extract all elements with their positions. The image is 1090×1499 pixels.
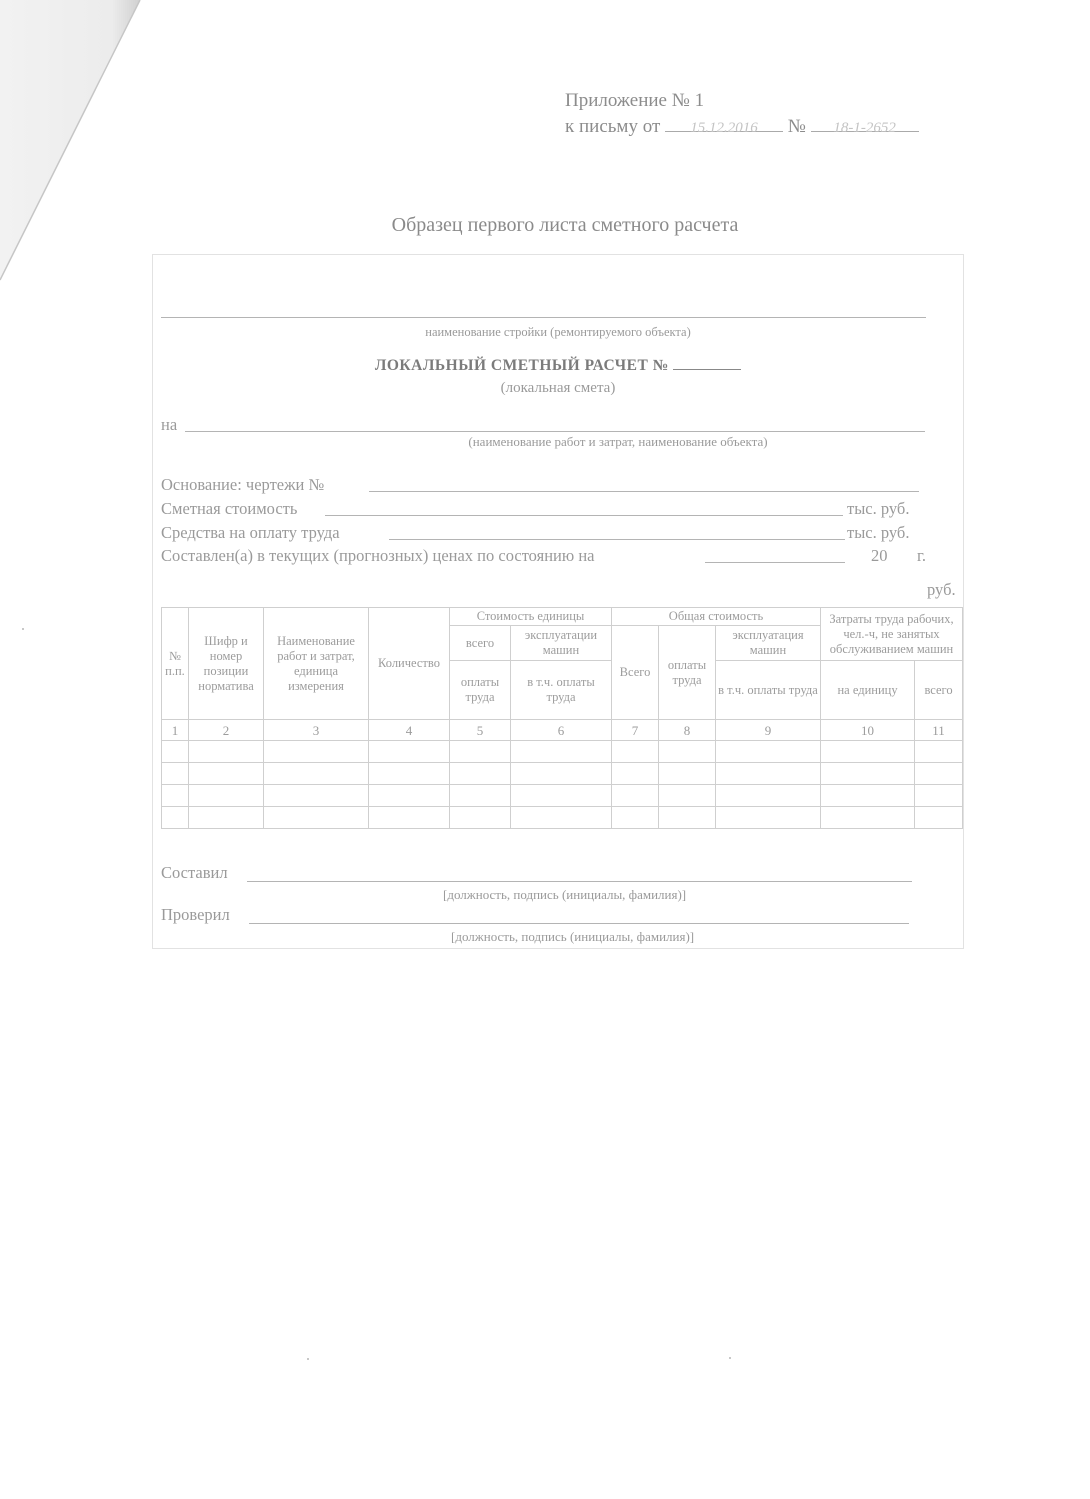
letter-number: 18-1-2652 <box>811 115 919 132</box>
labor-costs-group: Затраты труда рабочих, чел.-ч, не заняты… <box>821 608 963 661</box>
table-cell[interactable] <box>264 763 369 785</box>
table-cell[interactable] <box>264 785 369 807</box>
table-cell[interactable] <box>915 785 963 807</box>
table-cell[interactable] <box>369 785 450 807</box>
column-numbers-row: 1234567891011 <box>162 720 963 741</box>
table-cell[interactable] <box>915 763 963 785</box>
table-row[interactable] <box>162 763 963 785</box>
estimate-number-blank[interactable] <box>673 355 741 370</box>
table-cell[interactable] <box>369 763 450 785</box>
table-cell[interactable] <box>162 741 189 763</box>
basis-label: Основание: чертежи № <box>161 475 324 495</box>
estimated-cost-unit: тыс. руб. <box>847 499 909 519</box>
estimate-subtitle: (локальная смета) <box>153 380 963 397</box>
checked-by-label: Проверил <box>161 905 230 925</box>
labor-funds-line[interactable] <box>389 539 845 540</box>
table-cell[interactable] <box>189 785 264 807</box>
total-all-header: Всего <box>612 626 659 720</box>
table-cell[interactable] <box>189 763 264 785</box>
unit-total-header: всего <box>450 626 511 661</box>
scan-speck <box>22 628 24 630</box>
table-row[interactable] <box>162 807 963 829</box>
table-cell[interactable] <box>659 763 716 785</box>
table-cell[interactable] <box>511 807 612 829</box>
table-cell[interactable] <box>716 785 821 807</box>
compiled-by-label: Составил <box>161 863 228 883</box>
total-machines-header: эксплуатация машин <box>716 626 821 661</box>
estimate-form: наименование стройки (ремонтируемого объ… <box>152 254 964 949</box>
table-cell[interactable] <box>915 741 963 763</box>
number-sign: № <box>788 116 806 137</box>
table-cell[interactable] <box>612 807 659 829</box>
project-caption: наименование стройки (ремонтируемого объ… <box>153 325 963 340</box>
table-cell[interactable] <box>612 763 659 785</box>
unit-labor-header: оплаты труда <box>450 661 511 720</box>
checked-by-line[interactable] <box>249 923 909 924</box>
table-cell[interactable] <box>716 807 821 829</box>
table-cell[interactable] <box>659 785 716 807</box>
table-cell[interactable] <box>189 741 264 763</box>
appendix-title: Приложение № 1 <box>565 88 919 114</box>
table-row[interactable] <box>162 785 963 807</box>
column-number-cell: 1 <box>162 720 189 741</box>
table-cell[interactable] <box>369 807 450 829</box>
appendix-header: Приложение № 1 к письму от 15.12.2016 № … <box>565 88 919 140</box>
compiled-label: Составлен(а) в текущих (прогнозных) цена… <box>161 546 594 566</box>
letter-prefix: к письму от <box>565 116 660 137</box>
table-cell[interactable] <box>162 763 189 785</box>
column-number-cell: 3 <box>264 720 369 741</box>
col-code-header: Шифр и номер позиции норматива <box>189 608 264 720</box>
scan-speck <box>307 1358 309 1360</box>
compiled-by-caption: [должность, подпись (инициалы, фамилия)] <box>443 887 686 903</box>
unit-machines-header: эксплуатации машин <box>511 626 612 661</box>
letter-reference: к письму от 15.12.2016 № 18-1-2652 <box>565 114 919 140</box>
letter-date: 15.12.2016 <box>665 115 783 132</box>
column-number-cell: 10 <box>821 720 915 741</box>
checked-by-caption: [должность, подпись (инициалы, фамилия)] <box>451 929 694 945</box>
estimated-cost-label: Сметная стоимость <box>161 499 297 519</box>
table-row[interactable] <box>162 741 963 763</box>
table-cell[interactable] <box>511 741 612 763</box>
col-qty-header: Количество <box>369 608 450 720</box>
compiled-date-line[interactable] <box>705 562 845 563</box>
estimate-title: ЛОКАЛЬНЫЙ СМЕТНЫЙ РАСЧЕТ № <box>153 355 963 375</box>
sample-title: Образец первого листа сметного расчета <box>0 214 1090 237</box>
col-no-header: № п.п. <box>162 608 189 720</box>
works-name-line[interactable] <box>185 431 925 432</box>
table-cell[interactable] <box>716 763 821 785</box>
table-cell[interactable] <box>450 741 511 763</box>
basis-line[interactable] <box>369 491 919 492</box>
total-cost-group: Общая стоимость <box>612 608 821 626</box>
year-suffix: г. <box>917 546 926 566</box>
column-number-cell: 9 <box>716 720 821 741</box>
table-cell[interactable] <box>821 763 915 785</box>
for-label: на <box>161 415 177 435</box>
project-name-line[interactable] <box>161 317 926 318</box>
table-cell[interactable] <box>264 807 369 829</box>
table-cell[interactable] <box>189 807 264 829</box>
table-cell[interactable] <box>450 763 511 785</box>
col-name-header: Наименование работ и затрат, единица изм… <box>264 608 369 720</box>
column-number-cell: 2 <box>189 720 264 741</box>
table-cell[interactable] <box>450 807 511 829</box>
table-cell[interactable] <box>716 741 821 763</box>
estimate-table: № п.п. Шифр и номер позиции норматива На… <box>161 607 963 829</box>
labor-per-unit-header: на единицу <box>821 661 915 720</box>
labor-funds-unit: тыс. руб. <box>847 523 909 543</box>
unit-cost-group: Стоимость единицы <box>450 608 612 626</box>
table-cell[interactable] <box>612 785 659 807</box>
labor-total-header: всего <box>915 661 963 720</box>
table-cell[interactable] <box>162 785 189 807</box>
table-cell[interactable] <box>659 741 716 763</box>
table-cell[interactable] <box>821 807 915 829</box>
table-cell[interactable] <box>612 741 659 763</box>
table-cell[interactable] <box>511 785 612 807</box>
total-incl-labor-header: в т.ч. оплаты труда <box>716 661 821 720</box>
table-cell[interactable] <box>821 741 915 763</box>
scan-speck <box>729 1357 731 1359</box>
table-cell[interactable] <box>511 763 612 785</box>
folded-page-corner <box>0 0 160 300</box>
table-cell[interactable] <box>659 807 716 829</box>
estimated-cost-line[interactable] <box>325 515 843 516</box>
estimate-title-text: ЛОКАЛЬНЫЙ СМЕТНЫЙ РАСЧЕТ № <box>375 357 669 374</box>
column-number-cell: 4 <box>369 720 450 741</box>
total-labor-header: оплаты труда <box>659 626 716 720</box>
labor-funds-label: Средства на оплату труда <box>161 523 340 543</box>
year-label: 20 <box>871 546 888 566</box>
unit-incl-labor-header: в т.ч. оплаты труда <box>511 661 612 720</box>
column-number-cell: 7 <box>612 720 659 741</box>
column-number-cell: 5 <box>450 720 511 741</box>
table-cell[interactable] <box>264 741 369 763</box>
table-cell[interactable] <box>450 785 511 807</box>
table-cell[interactable] <box>369 741 450 763</box>
column-number-cell: 11 <box>915 720 963 741</box>
table-cell[interactable] <box>821 785 915 807</box>
table-cell[interactable] <box>162 807 189 829</box>
table-cell[interactable] <box>915 807 963 829</box>
currency-label: руб. <box>927 580 956 600</box>
works-caption: (наименование работ и затрат, наименован… <box>273 434 963 450</box>
column-number-cell: 6 <box>511 720 612 741</box>
column-number-cell: 8 <box>659 720 716 741</box>
compiled-by-line[interactable] <box>247 881 912 882</box>
